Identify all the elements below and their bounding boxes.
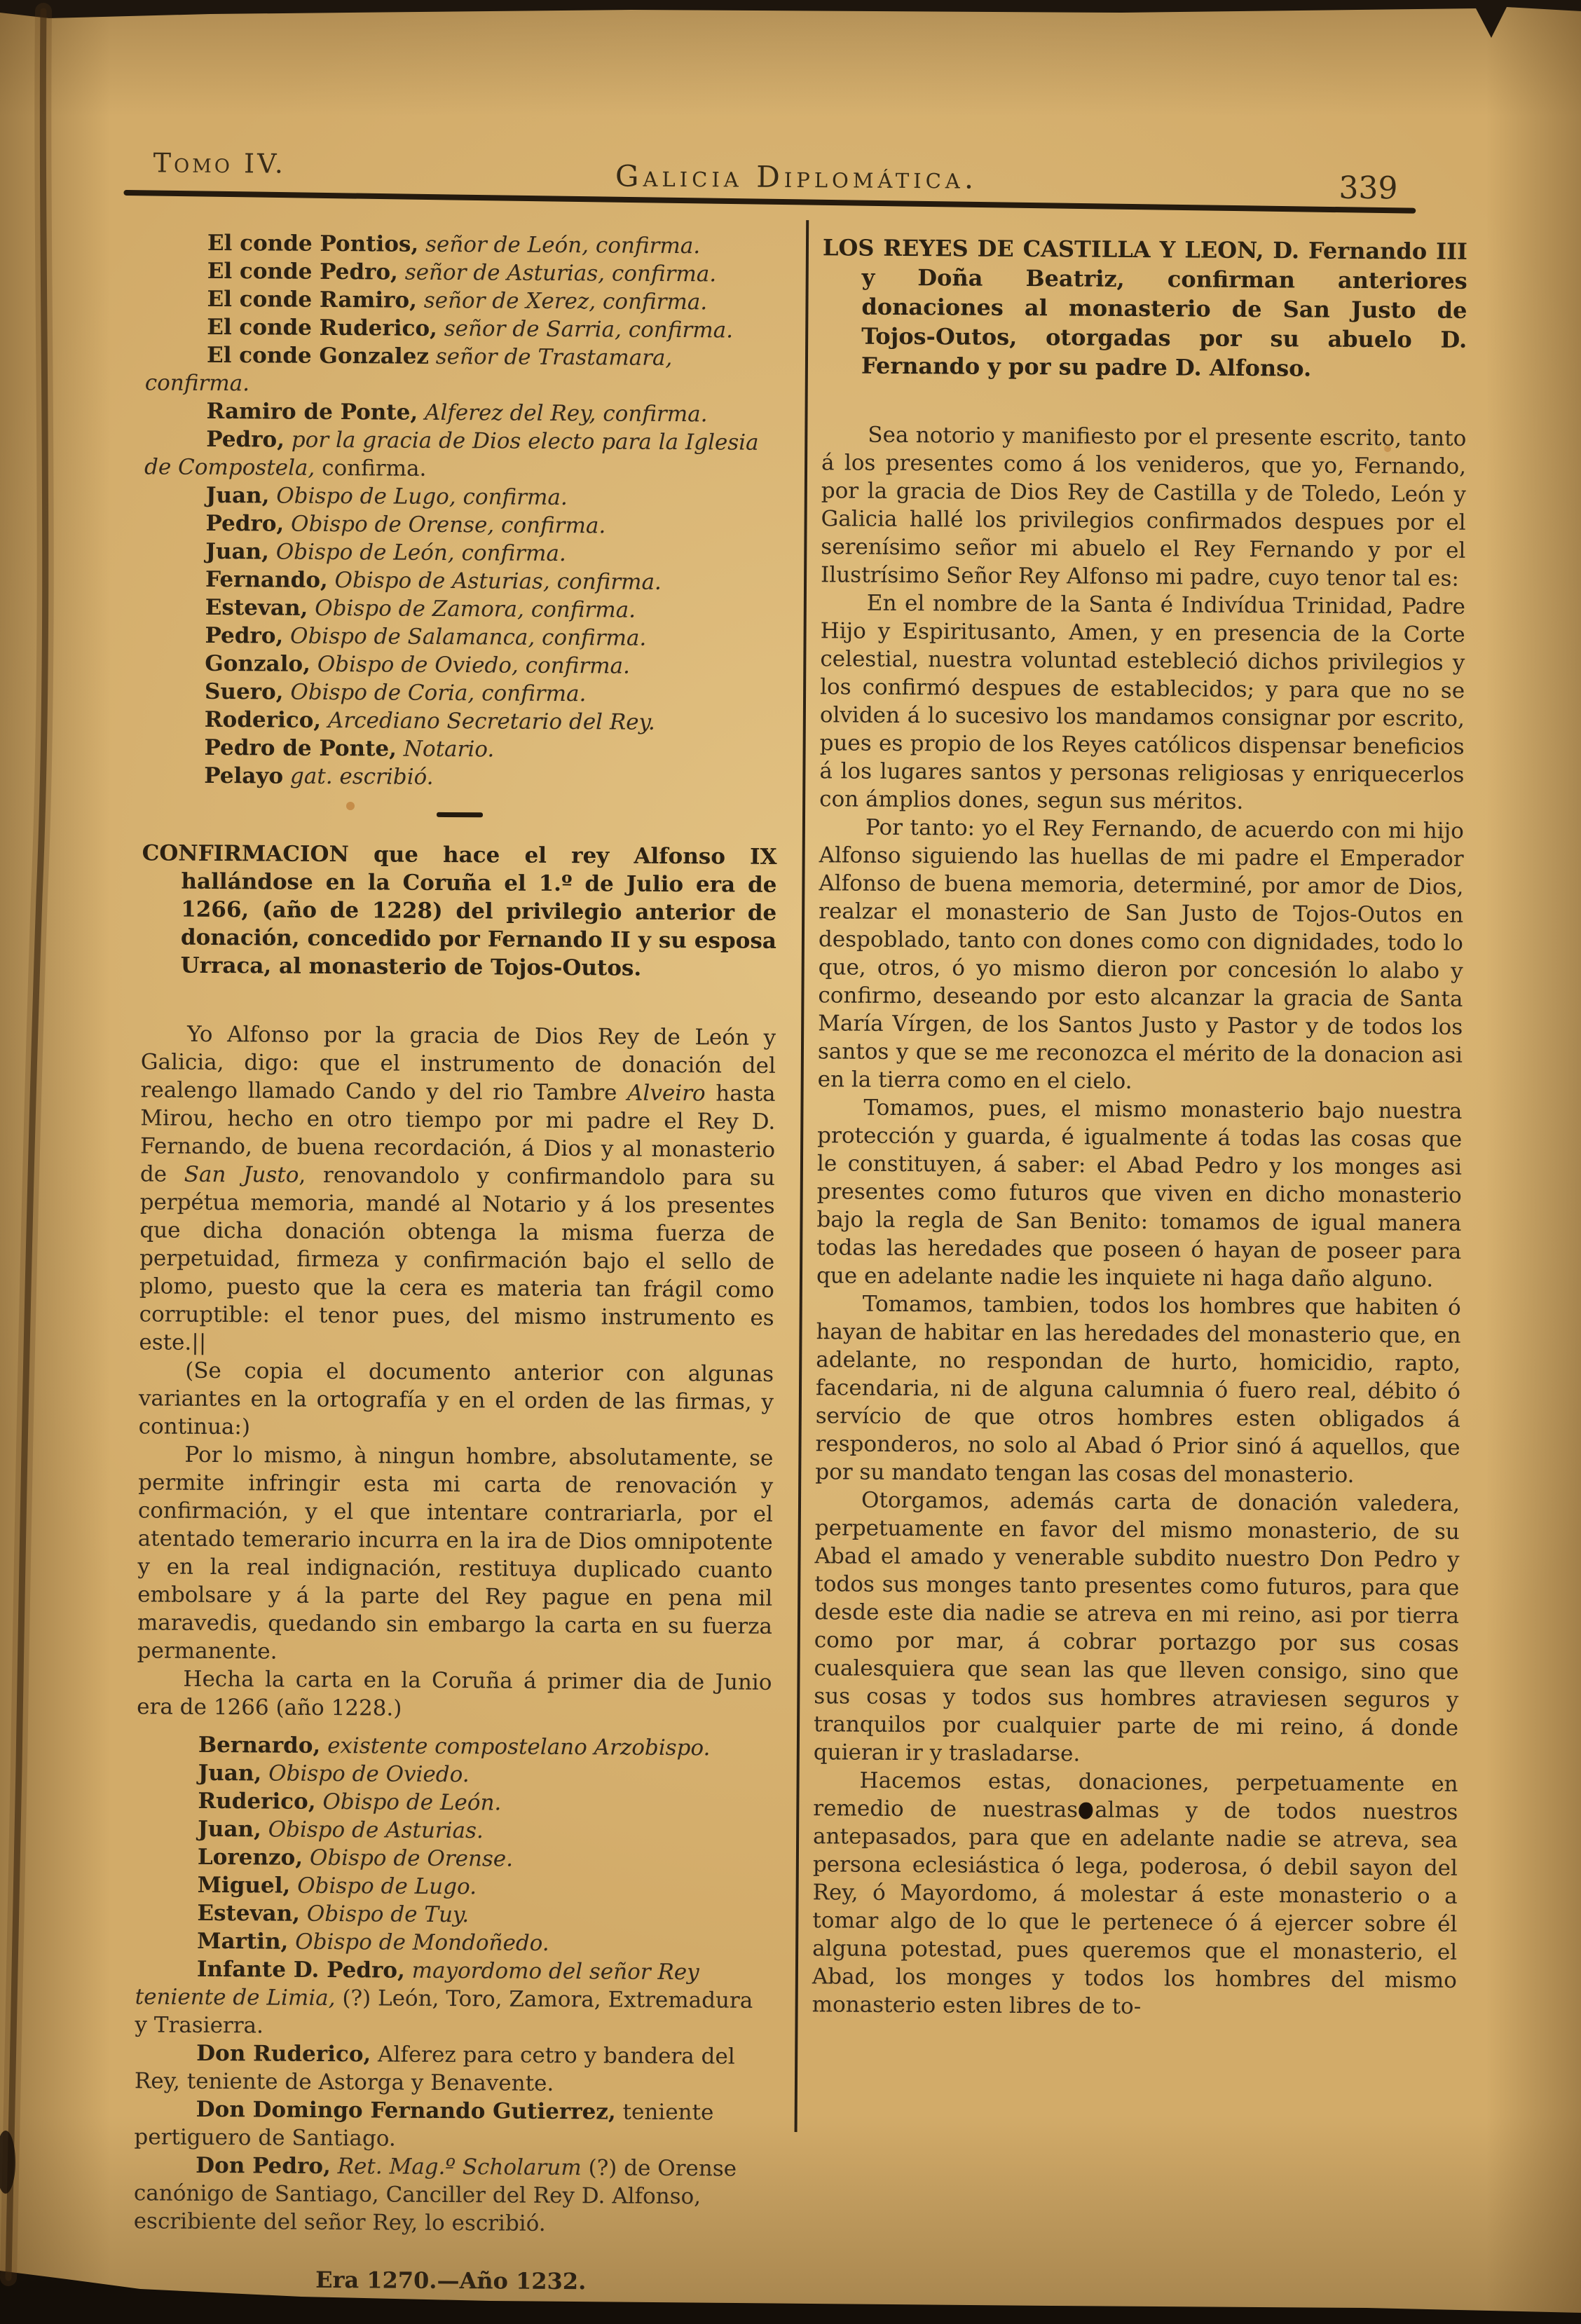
text-run: Lorenzo, <box>198 1845 303 1871</box>
text-run: señor de León, confirma. <box>418 232 700 259</box>
signature-list-1: El conde Pontios, señor de León, confirm… <box>142 228 781 793</box>
column-divider <box>795 220 809 2132</box>
text-run: Ruderico, <box>198 1789 315 1814</box>
text-run: Pedro, <box>205 511 284 537</box>
signature-entry: Miguel, Obispo de Lugo. <box>136 1871 771 1903</box>
signature-entry: Juan, Obispo de Lugo, confirma. <box>144 481 779 513</box>
text-run: Infante D. Pedro, <box>197 1957 405 1983</box>
ink-blot <box>1079 1803 1093 1819</box>
text-run: Obispo de Salamanca, confirma. <box>283 624 646 651</box>
text-run: Estevan, <box>197 1901 300 1927</box>
signature-entry: Estevan, Obispo de Zamora, confirma. <box>144 593 779 625</box>
signature-entry: El conde Pontios, señor de León, confirm… <box>146 228 781 261</box>
text-run: Fernando, <box>205 567 328 593</box>
text-run: Obispo de Lugo, confirma. <box>269 483 568 510</box>
text-run: El conde Gonzalez <box>207 343 429 369</box>
signature-entry: Infante D. Pedro, mayordomo del señor Re… <box>135 1955 770 2043</box>
paragraph: En el nombre de la Santa é Indivídua Tri… <box>819 589 1465 817</box>
text-run: Hecha la carta en la Coruña á primer dia… <box>137 1667 772 1721</box>
text-run: , renovandolo y confirmandolo para su pe… <box>139 1163 775 1355</box>
signature-entry: Ramiro de Ponte, Alferez del Rey, confir… <box>144 397 779 429</box>
signature-entry: Pedro, por la gracia de Dios electo para… <box>144 425 779 485</box>
signature-entry: Juan, Obispo de Oviedo. <box>137 1758 772 1791</box>
signature-entry: El conde Ramiro, señor de Xerez, confirm… <box>145 285 780 317</box>
text-run: Obispo de Zamora, confirma. <box>308 596 636 623</box>
era-line: Era 1270.—Año 1232. <box>133 2264 768 2297</box>
text-run: Juan, <box>198 1817 261 1843</box>
paragraph: Hacemos estas, donaciones, perpetuamente… <box>812 1766 1458 2023</box>
text-run: gat. escribió. <box>283 764 434 790</box>
page-number: 339 <box>1339 170 1397 207</box>
signature-entry: Pedro, Obispo de Orense, confirma. <box>144 509 779 541</box>
text-run: Arcediano Secretario del Rey. <box>321 708 655 735</box>
signature-entry: Martin, Obispo de Mondoñedo. <box>135 1927 770 1959</box>
signature-entry: El conde Gonzalez señor de Trastamara, c… <box>145 341 780 401</box>
text-run: Juan, <box>205 539 269 565</box>
text-run: Pedro, <box>205 623 283 649</box>
text-run: Suero, <box>205 679 284 705</box>
text-run: Pedro de Ponte, <box>204 735 397 762</box>
text-run: Por lo mismo, à ningun hombre, absolutam… <box>137 1442 774 1665</box>
signature-entry: Estevan, Obispo de Tuy. <box>135 1899 770 1931</box>
signature-entry: El conde Pedro, señor de Asturias, confi… <box>146 257 781 289</box>
text-run: El conde Ramiro, <box>207 287 417 313</box>
text-run: existente compostelano Arzobispo. <box>320 1733 710 1761</box>
text-run: Tomamos, tambien, todos los hombres que … <box>815 1292 1461 1488</box>
text-run: Obispo de Asturias, confirma. <box>328 568 662 595</box>
text-run: Alferez del Rey, confirma. <box>418 400 708 428</box>
signature-entry: Juan, Obispo de Asturias. <box>136 1814 771 1847</box>
text-run: Obispo de Tuy. <box>300 1901 469 1927</box>
paragraph: Hecha la carta en la Coruña á primer dia… <box>137 1665 772 1725</box>
text-run: señor de Asturias, confirma. <box>398 260 716 287</box>
text-run: Otorgamos, además carta de donación vale… <box>814 1488 1460 1767</box>
text-run: Obispo de Orense. <box>303 1845 513 1872</box>
paragraph: Yo Alfonso por la gracia de Dios Rey de … <box>139 1020 776 1360</box>
text-run: almas y de todos nuestros antepasados, p… <box>812 1798 1458 2019</box>
text-run: Miguel, <box>198 1873 291 1899</box>
left-paragraphs: Yo Alfonso por la gracia de Dios Rey de … <box>137 1020 776 1725</box>
signature-list-2: Bernardo, existente compostelano Arzobis… <box>134 1730 772 2239</box>
text-run: En el nombre de la Santa é Indivídua Tri… <box>819 591 1465 814</box>
signature-entry: Ruderico, Obispo de León. <box>136 1786 771 1819</box>
text-run: señor de Sarria, confirma. <box>437 316 733 343</box>
signature-entry: El conde Ruderico, señor de Sarria, conf… <box>145 313 780 345</box>
masthead: Tomo IV. Galicia Diplomática. 339 <box>7 0 1581 5</box>
text-run: Estevan, <box>205 595 308 621</box>
text-run: Alveiro <box>627 1081 706 1107</box>
text-run: Pedro, <box>206 427 285 453</box>
text-run: Martin, <box>197 1929 288 1955</box>
paragraph: (Se copia el documento anterior con algu… <box>139 1356 774 1444</box>
text-run: El conde Ruderico, <box>207 315 437 341</box>
text-run: Pelayo <box>204 763 283 789</box>
right-paragraphs: Sea notorio y manifiesto por el presente… <box>812 421 1467 2023</box>
left-column: El conde Pontios, señor de León, confirm… <box>133 228 781 2296</box>
text-run: Ramiro de Ponte, <box>206 399 418 425</box>
text-run: Notario. <box>397 737 495 763</box>
paragraph: Por lo mismo, à ningun hombre, absolutam… <box>137 1440 774 1669</box>
text-run: Juan, <box>198 1761 262 1786</box>
signature-entry: Don Domingo Fernando Gutierrez, teniente… <box>134 2095 769 2155</box>
text-run: Don Pedro, <box>196 2153 331 2179</box>
text-run: Ret. Mag.º Scholarum <box>331 2154 582 2180</box>
paragraph: Tomamos, tambien, todos los hombres que … <box>815 1290 1461 1490</box>
paragraph: Sea notorio y manifiesto por el presente… <box>821 421 1466 593</box>
text-run: Tomamos, pues, el mismo monasterio bajo … <box>816 1095 1463 1292</box>
signature-entry: Roderico, Arcediano Secretario del Rey. <box>143 705 778 737</box>
text-run: confirma. <box>315 456 426 481</box>
section-separator <box>437 812 483 817</box>
paragraph: Tomamos, pues, el mismo monasterio bajo … <box>816 1093 1463 1294</box>
signature-entry: Juan, Obispo de León, confirma. <box>144 537 779 569</box>
text-run: Obispo de Lugo. <box>290 1873 477 1900</box>
text-run: LOS REYES DE CASTILLA Y LEON, D. Fernand… <box>823 234 1467 381</box>
signature-entry: Don Pedro, Ret. Mag.º Scholarum (?) de O… <box>134 2151 769 2239</box>
scanned-page: Tomo IV. Galicia Diplomática. 339 El con… <box>0 0 1581 2324</box>
paragraph: Otorgamos, además carta de donación vale… <box>814 1486 1460 1770</box>
text-run: señor de Xerez, confirma. <box>417 288 708 315</box>
text-run: Por tanto: yo el Rey Fernando, de acuerd… <box>818 815 1464 1094</box>
text-run: Juan, <box>206 483 270 509</box>
text-run: Obispo de Oviedo, confirma. <box>310 652 630 679</box>
text-run: Roderico, <box>205 707 322 733</box>
signature-entry: Lorenzo, Obispo de Orense. <box>136 1843 771 1875</box>
text-run: Obispo de Oviedo. <box>261 1761 470 1787</box>
signature-entry: Don Ruderico, Alferez para cetro y bande… <box>135 2039 769 2099</box>
text-run: Obispo de Coria, confirma. <box>283 680 586 707</box>
text-run: Gonzalo, <box>205 651 310 677</box>
paragraph: Por tanto: yo el Rey Fernando, de acuerd… <box>818 813 1464 1098</box>
text-run: Don Domingo Fernando Gutierrez, <box>196 2097 616 2125</box>
page-content: Tomo IV. Galicia Diplomática. 339 El con… <box>0 0 1581 2324</box>
signature-entry: Pelayo gat. escribió. <box>142 761 777 793</box>
signature-entry: Bernardo, existente compostelano Arzobis… <box>137 1730 772 1763</box>
text-run: CONFIRMACION que hace el rey Alfonso IX … <box>142 840 777 980</box>
document-heading: LOS REYES DE CASTILLA Y LEON, D. Fernand… <box>822 233 1467 384</box>
text-run: Obispo de Asturias. <box>261 1817 484 1843</box>
right-column: LOS REYES DE CASTILLA Y LEON, D. Fernand… <box>812 233 1468 2023</box>
text-run: Bernardo, <box>198 1732 321 1758</box>
text-run: Obispo de León, confirma. <box>269 539 566 566</box>
text-run: Obispo de León. <box>315 1789 501 1816</box>
confirmation-note: CONFIRMACION que hace el rey Alfonso IX … <box>142 839 777 983</box>
signature-entry: Pedro, Obispo de Salamanca, confirma. <box>143 621 778 653</box>
text-run: (Se copia el documento anterior con algu… <box>139 1358 774 1440</box>
signature-entry: Gonzalo, Obispo de Oviedo, confirma. <box>143 649 778 681</box>
text-run: El conde Pontios, <box>207 231 418 257</box>
text-run: Obispo de Mondoñedo. <box>288 1929 549 1956</box>
text-run: El conde Pedro, <box>207 259 398 285</box>
text-run: San Justo <box>184 1162 299 1188</box>
text-run: Sea notorio y manifiesto por el presente… <box>821 423 1466 592</box>
signature-entry: Fernando, Obispo de Asturias, confirma. <box>144 565 779 597</box>
text-run: Don Ruderico, <box>196 2041 371 2067</box>
signature-entry: Suero, Obispo de Coria, confirma. <box>143 677 778 709</box>
signature-entry: Pedro de Ponte, Notario. <box>142 733 777 765</box>
text-run: Obispo de Orense, confirma. <box>284 512 605 539</box>
